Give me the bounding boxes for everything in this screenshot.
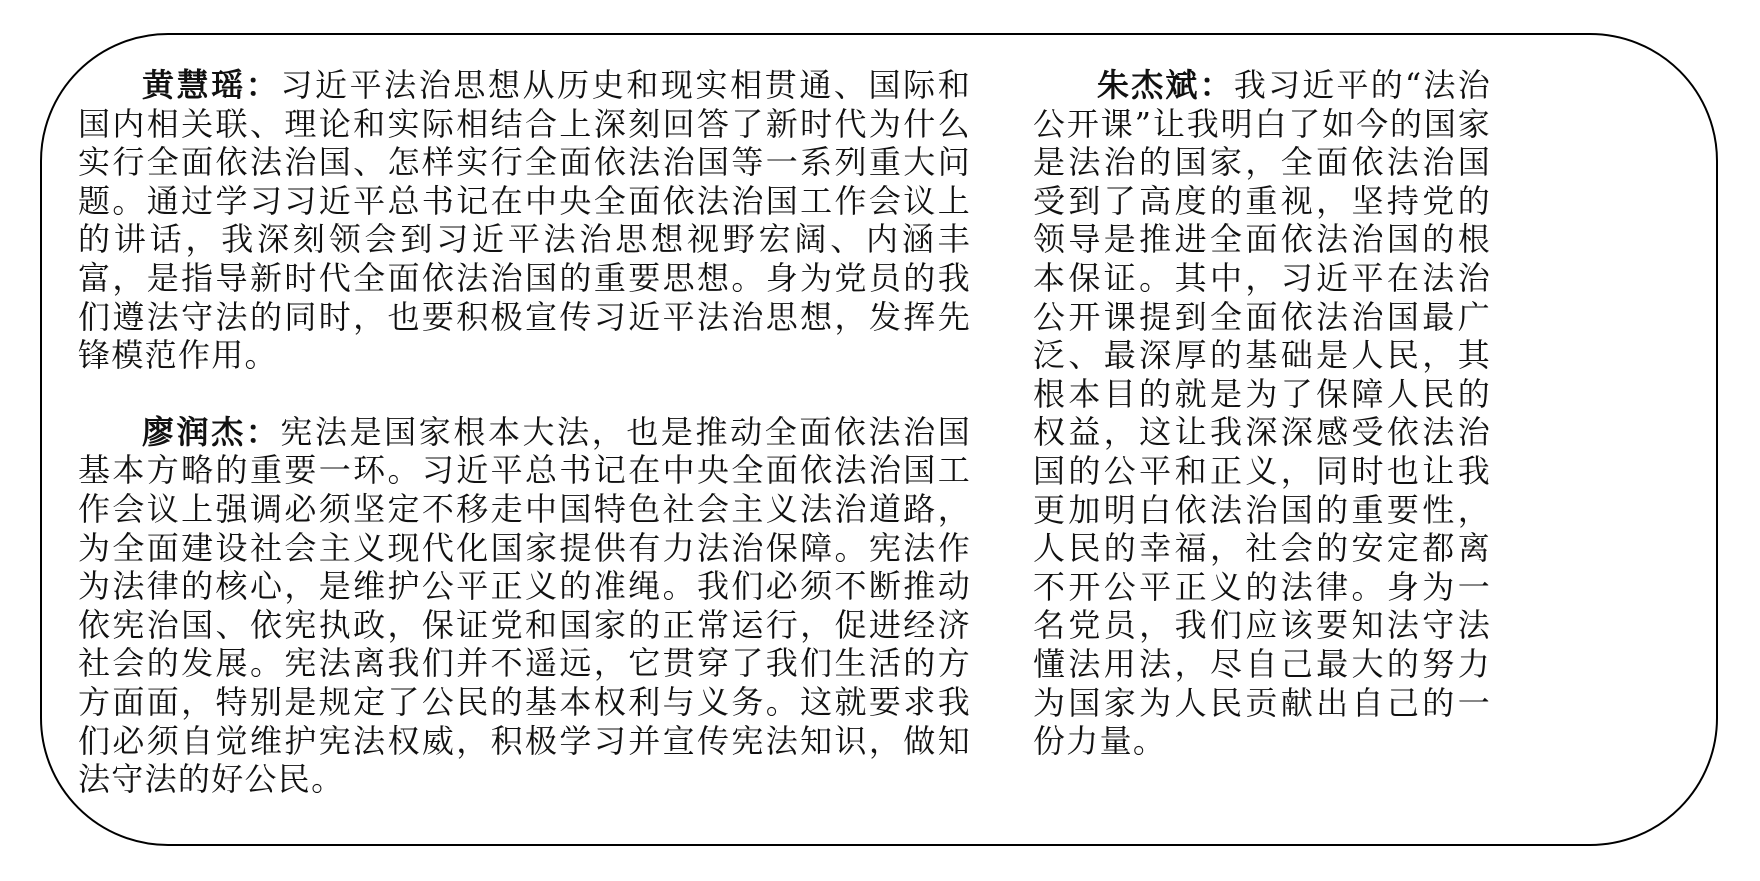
comment-text: 习近平法治思想从历史和现实相贯通、国际和国内相关联、理论和实际相结合上深刻回答了…	[78, 66, 971, 374]
comment-text: 我习近平的“法治公开课”让我明白了如今的国家是法治的国家，全面依法治国受到了高度…	[1033, 66, 1491, 760]
comment-paragraph-huang: 黄慧瑶：习近平法治思想从历史和现实相贯通、国际和国内相关联、理论和实际相结合上深…	[78, 66, 971, 375]
right-column: 朱杰斌：我习近平的“法治公开课”让我明白了如今的国家是法治的国家，全面依法治国受…	[1033, 66, 1491, 761]
comment-paragraph-zhu: 朱杰斌：我习近平的“法治公开课”让我明白了如今的国家是法治的国家，全面依法治国受…	[1033, 66, 1491, 761]
speaker-name: 黄慧瑶：	[142, 66, 280, 104]
comment-paragraph-liao: 廖润杰：宪法是国家根本大法，也是推动全面依法治国基本方略的重要一环。习近平总书记…	[78, 413, 971, 799]
speaker-name: 廖润杰：	[142, 413, 280, 451]
left-column: 黄慧瑶：习近平法治思想从历史和现实相贯通、国际和国内相关联、理论和实际相结合上深…	[78, 66, 971, 799]
speaker-name: 朱杰斌：	[1097, 66, 1234, 104]
comment-text: 宪法是国家根本大法，也是推动全面依法治国基本方略的重要一环。习近平总书记在中央全…	[78, 413, 971, 798]
